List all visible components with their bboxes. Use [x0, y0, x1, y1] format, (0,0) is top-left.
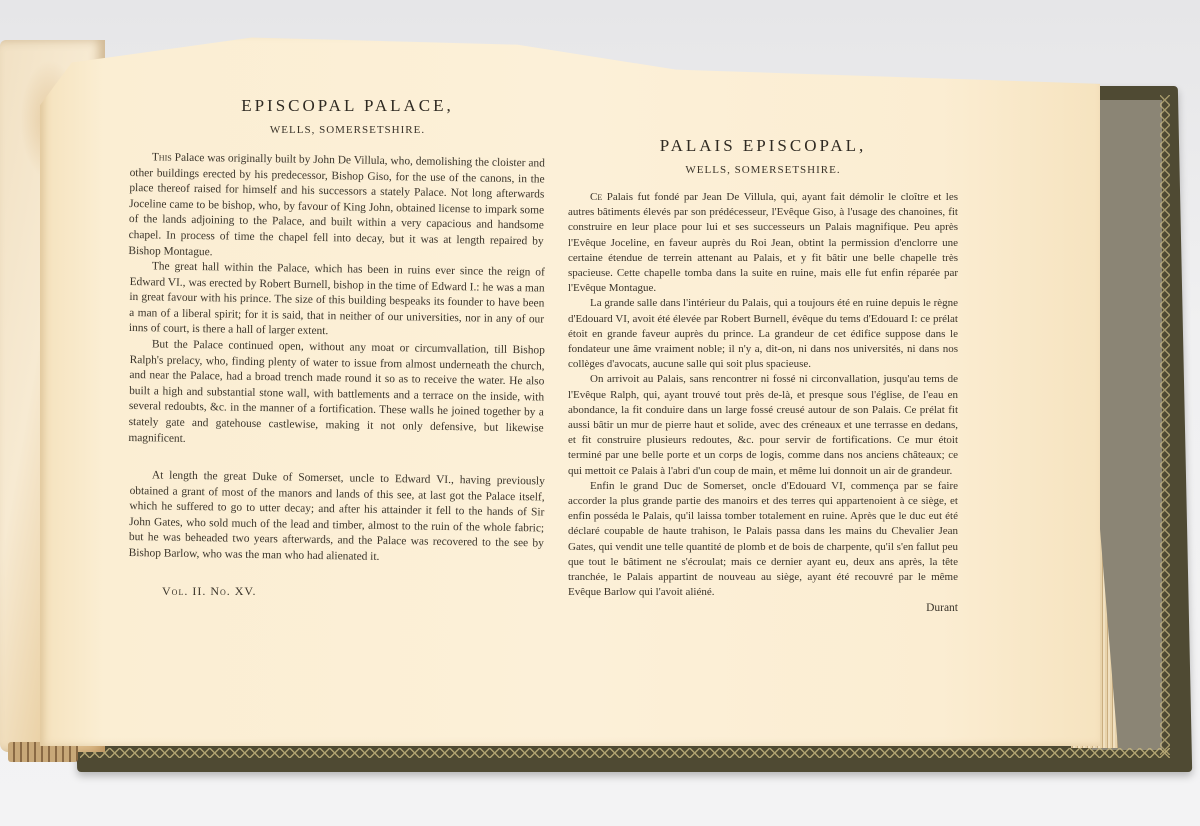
english-paragraph: This Palace was originally built by John…	[128, 150, 545, 266]
english-paragraph: At length the great Duke of Somerset, un…	[129, 468, 545, 568]
english-subtitle: WELLS, SOMERSETSHIRE.	[150, 124, 545, 136]
english-title: EPISCOPAL PALACE,	[150, 96, 545, 116]
french-paragraph: Ce Palais fut fondé par Jean De Villula,…	[568, 190, 958, 296]
drop-lead-word: This	[152, 151, 172, 163]
french-subtitle: WELLS, SOMERSETSHIRE.	[568, 164, 958, 176]
french-column: PALAIS EPISCOPAL, WELLS, SOMERSETSHIRE. …	[568, 136, 958, 614]
paragraph-text: Palais fut fondé par Jean De Villula, qu…	[568, 191, 958, 294]
book-photo-scene: EPISCOPAL PALACE, WELLS, SOMERSETSHIRE. …	[0, 0, 1200, 826]
volume-number: Vol. II. No. XV.	[162, 584, 545, 599]
french-title: PALAIS EPISCOPAL,	[568, 136, 958, 156]
paragraph-text: Palace was originally built by John De V…	[128, 152, 545, 258]
gilt-zigzag-border-right	[1160, 95, 1170, 755]
gilt-zigzag-border-bottom	[80, 748, 1170, 758]
english-paragraph: But the Palace continued open, without a…	[128, 337, 545, 453]
english-column: EPISCOPAL PALACE, WELLS, SOMERSETSHIRE. …	[130, 96, 545, 599]
author-signature: Durant	[568, 602, 958, 614]
french-paragraph: Enfin le grand Duc de Somerset, oncle d'…	[568, 479, 958, 601]
drop-lead-word: Ce	[590, 191, 602, 203]
french-paragraph: On arrivoit au Palais, sans rencontrer n…	[568, 372, 958, 478]
french-paragraph: La grande salle dans l'intérieur du Pala…	[568, 296, 958, 372]
english-paragraph: The great hall within the Palace, which …	[129, 259, 545, 343]
